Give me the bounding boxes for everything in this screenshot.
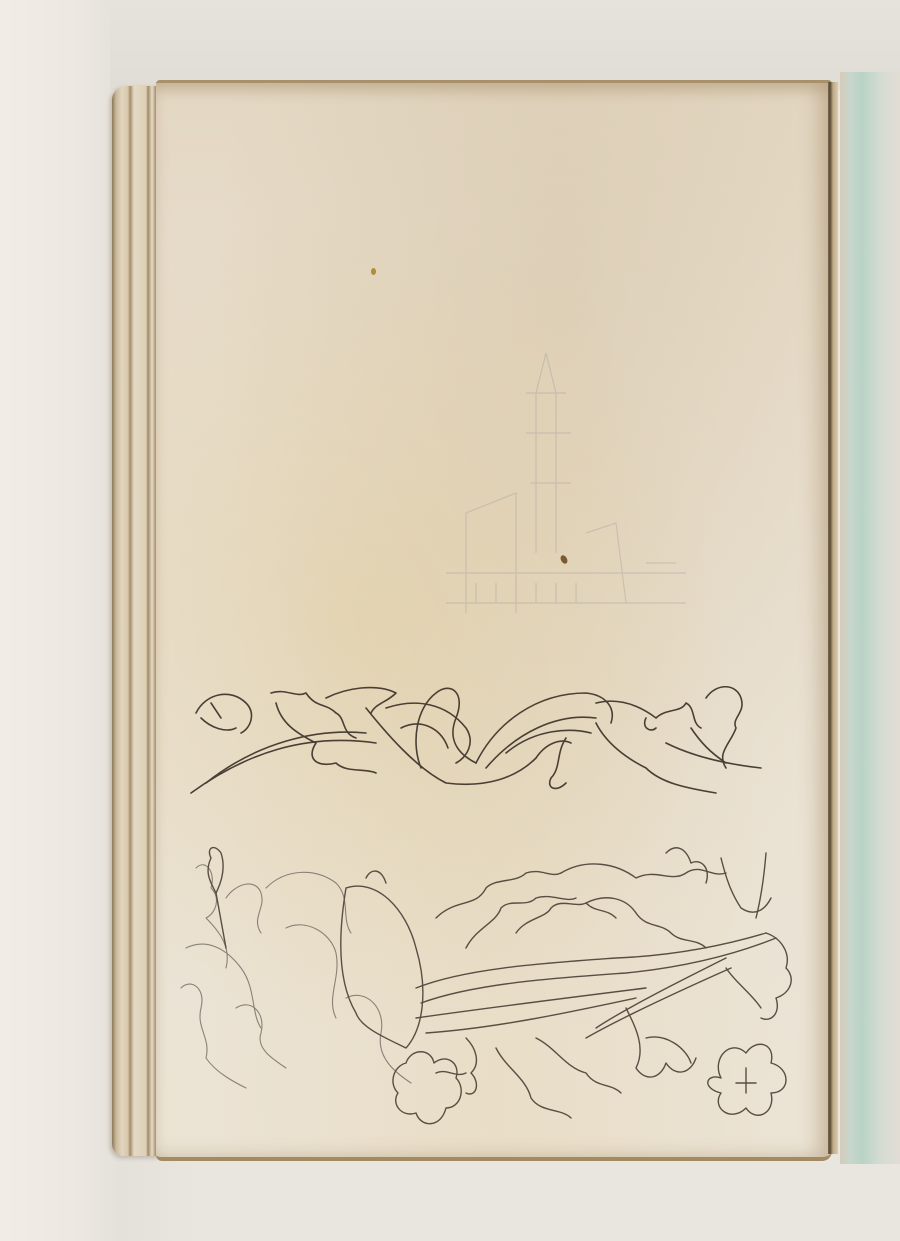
sketchbook bbox=[112, 80, 842, 1162]
lower-acanthus-foliage bbox=[166, 838, 826, 1138]
top-shadow bbox=[110, 0, 900, 90]
facing-page-edge bbox=[840, 72, 900, 1164]
left-page bbox=[156, 80, 832, 1161]
page-stack-edge bbox=[112, 86, 160, 1156]
ink-spot bbox=[371, 268, 376, 275]
upper-acanthus-frieze bbox=[186, 673, 786, 813]
faint-tower-sketch bbox=[386, 333, 706, 633]
page-gutter bbox=[828, 82, 838, 1154]
